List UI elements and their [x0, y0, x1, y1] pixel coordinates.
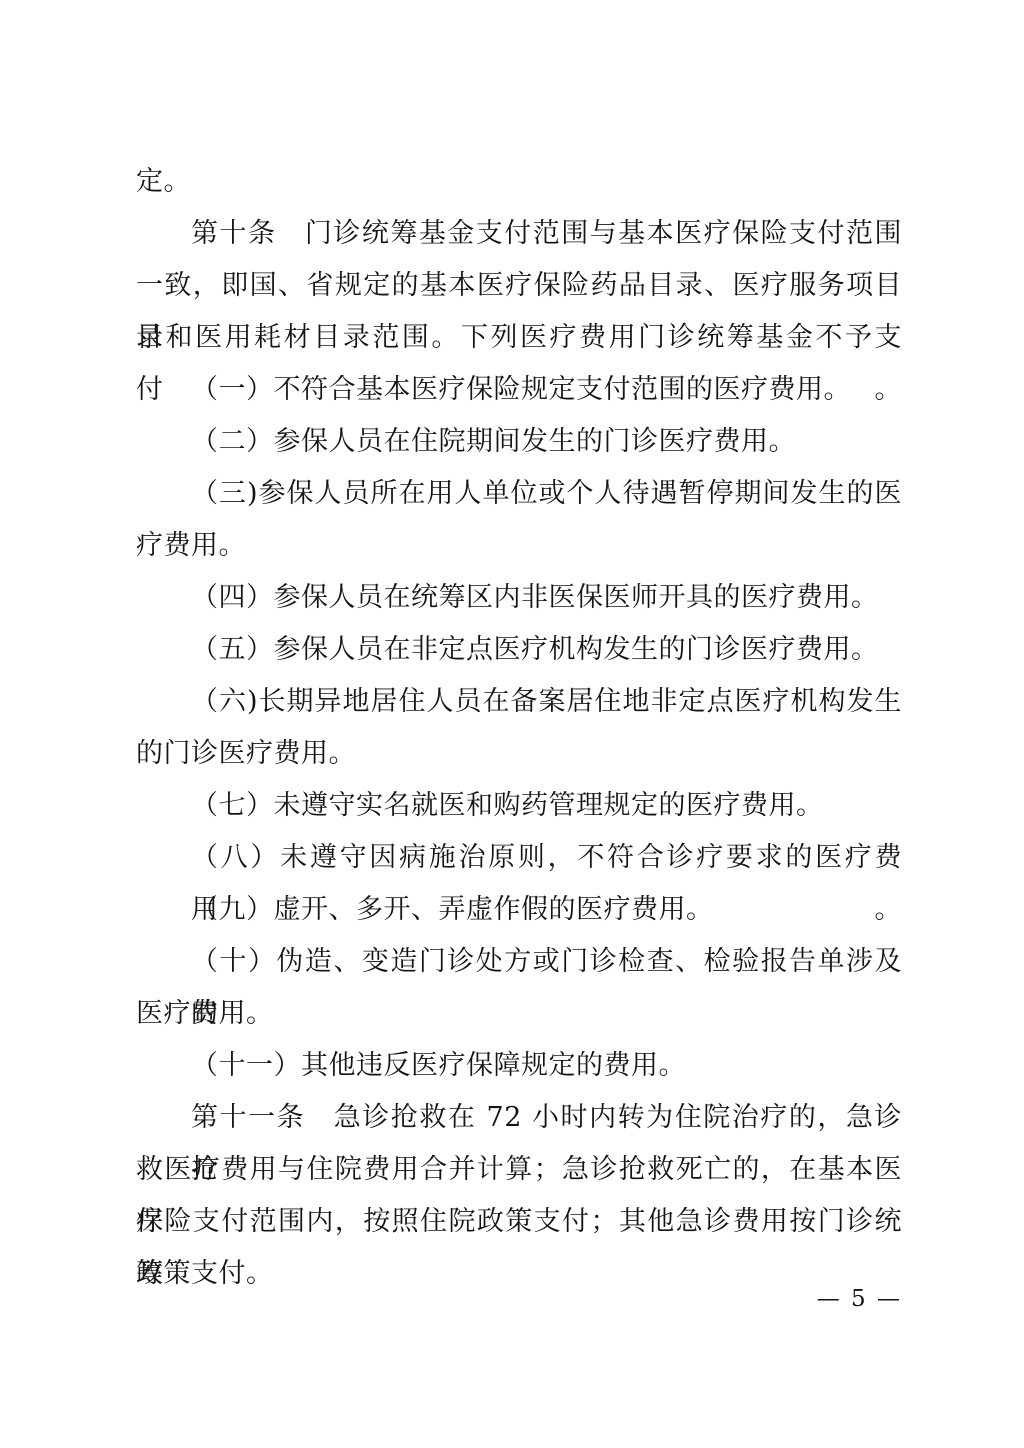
text-line: 录和医用耗材目录范围。下列医疗费用门诊统筹基金不予支付。 [136, 312, 902, 364]
text-line: 政策支付。 [136, 1248, 902, 1300]
text-line: 的门诊医疗费用。 [136, 728, 902, 780]
text-line: （七）未遵守实名就医和购药管理规定的医疗费用。 [136, 780, 902, 832]
document-page: 定。 第十条 门诊统筹基金支付范围与基本医疗保险支付范围 一致，即国、省规定的基… [0, 0, 1024, 1448]
text-line: （十）伪造、变造门诊处方或门诊检查、检验报告单涉及的 [136, 936, 902, 988]
text-line: 第十一条 急诊抢救在 72 小时内转为住院治疗的，急诊抢 [136, 1092, 902, 1144]
text-line: 一致，即国、省规定的基本医疗保险药品目录、医疗服务项目目 [136, 260, 902, 312]
text-line: （五）参保人员在非定点医疗机构发生的门诊医疗费用。 [136, 624, 902, 676]
document-body: 定。 第十条 门诊统筹基金支付范围与基本医疗保险支付范围 一致，即国、省规定的基… [136, 156, 902, 1300]
text-line: 疗费用。 [136, 520, 902, 572]
text-line: 保险支付范围内，按照住院政策支付；其他急诊费用按门诊统筹 [136, 1196, 902, 1248]
text-line: （八）未遵守因病施治原则，不符合诊疗要求的医疗费用。 [136, 832, 902, 884]
page-number: — 5 — [817, 1283, 902, 1315]
text-line: （四）参保人员在统筹区内非医保医师开具的医疗费用。 [136, 572, 902, 624]
text-line: （六)长期异地居住人员在备案居住地非定点医疗机构发生 [136, 676, 902, 728]
text-line: （二）参保人员在住院期间发生的门诊医疗费用。 [136, 416, 902, 468]
text-line: （十一）其他违反医疗保障规定的费用。 [136, 1040, 902, 1092]
text-line: （一）不符合基本医疗保险规定支付范围的医疗费用。 [136, 364, 902, 416]
text-line: 救医疗费用与住院费用合并计算；急诊抢救死亡的，在基本医疗 [136, 1144, 902, 1196]
text-line: 医疗费用。 [136, 988, 902, 1040]
text-line: 定。 [136, 156, 902, 208]
text-line: 第十条 门诊统筹基金支付范围与基本医疗保险支付范围 [136, 208, 902, 260]
text-line: （三)参保人员所在用人单位或个人待遇暂停期间发生的医 [136, 468, 902, 520]
